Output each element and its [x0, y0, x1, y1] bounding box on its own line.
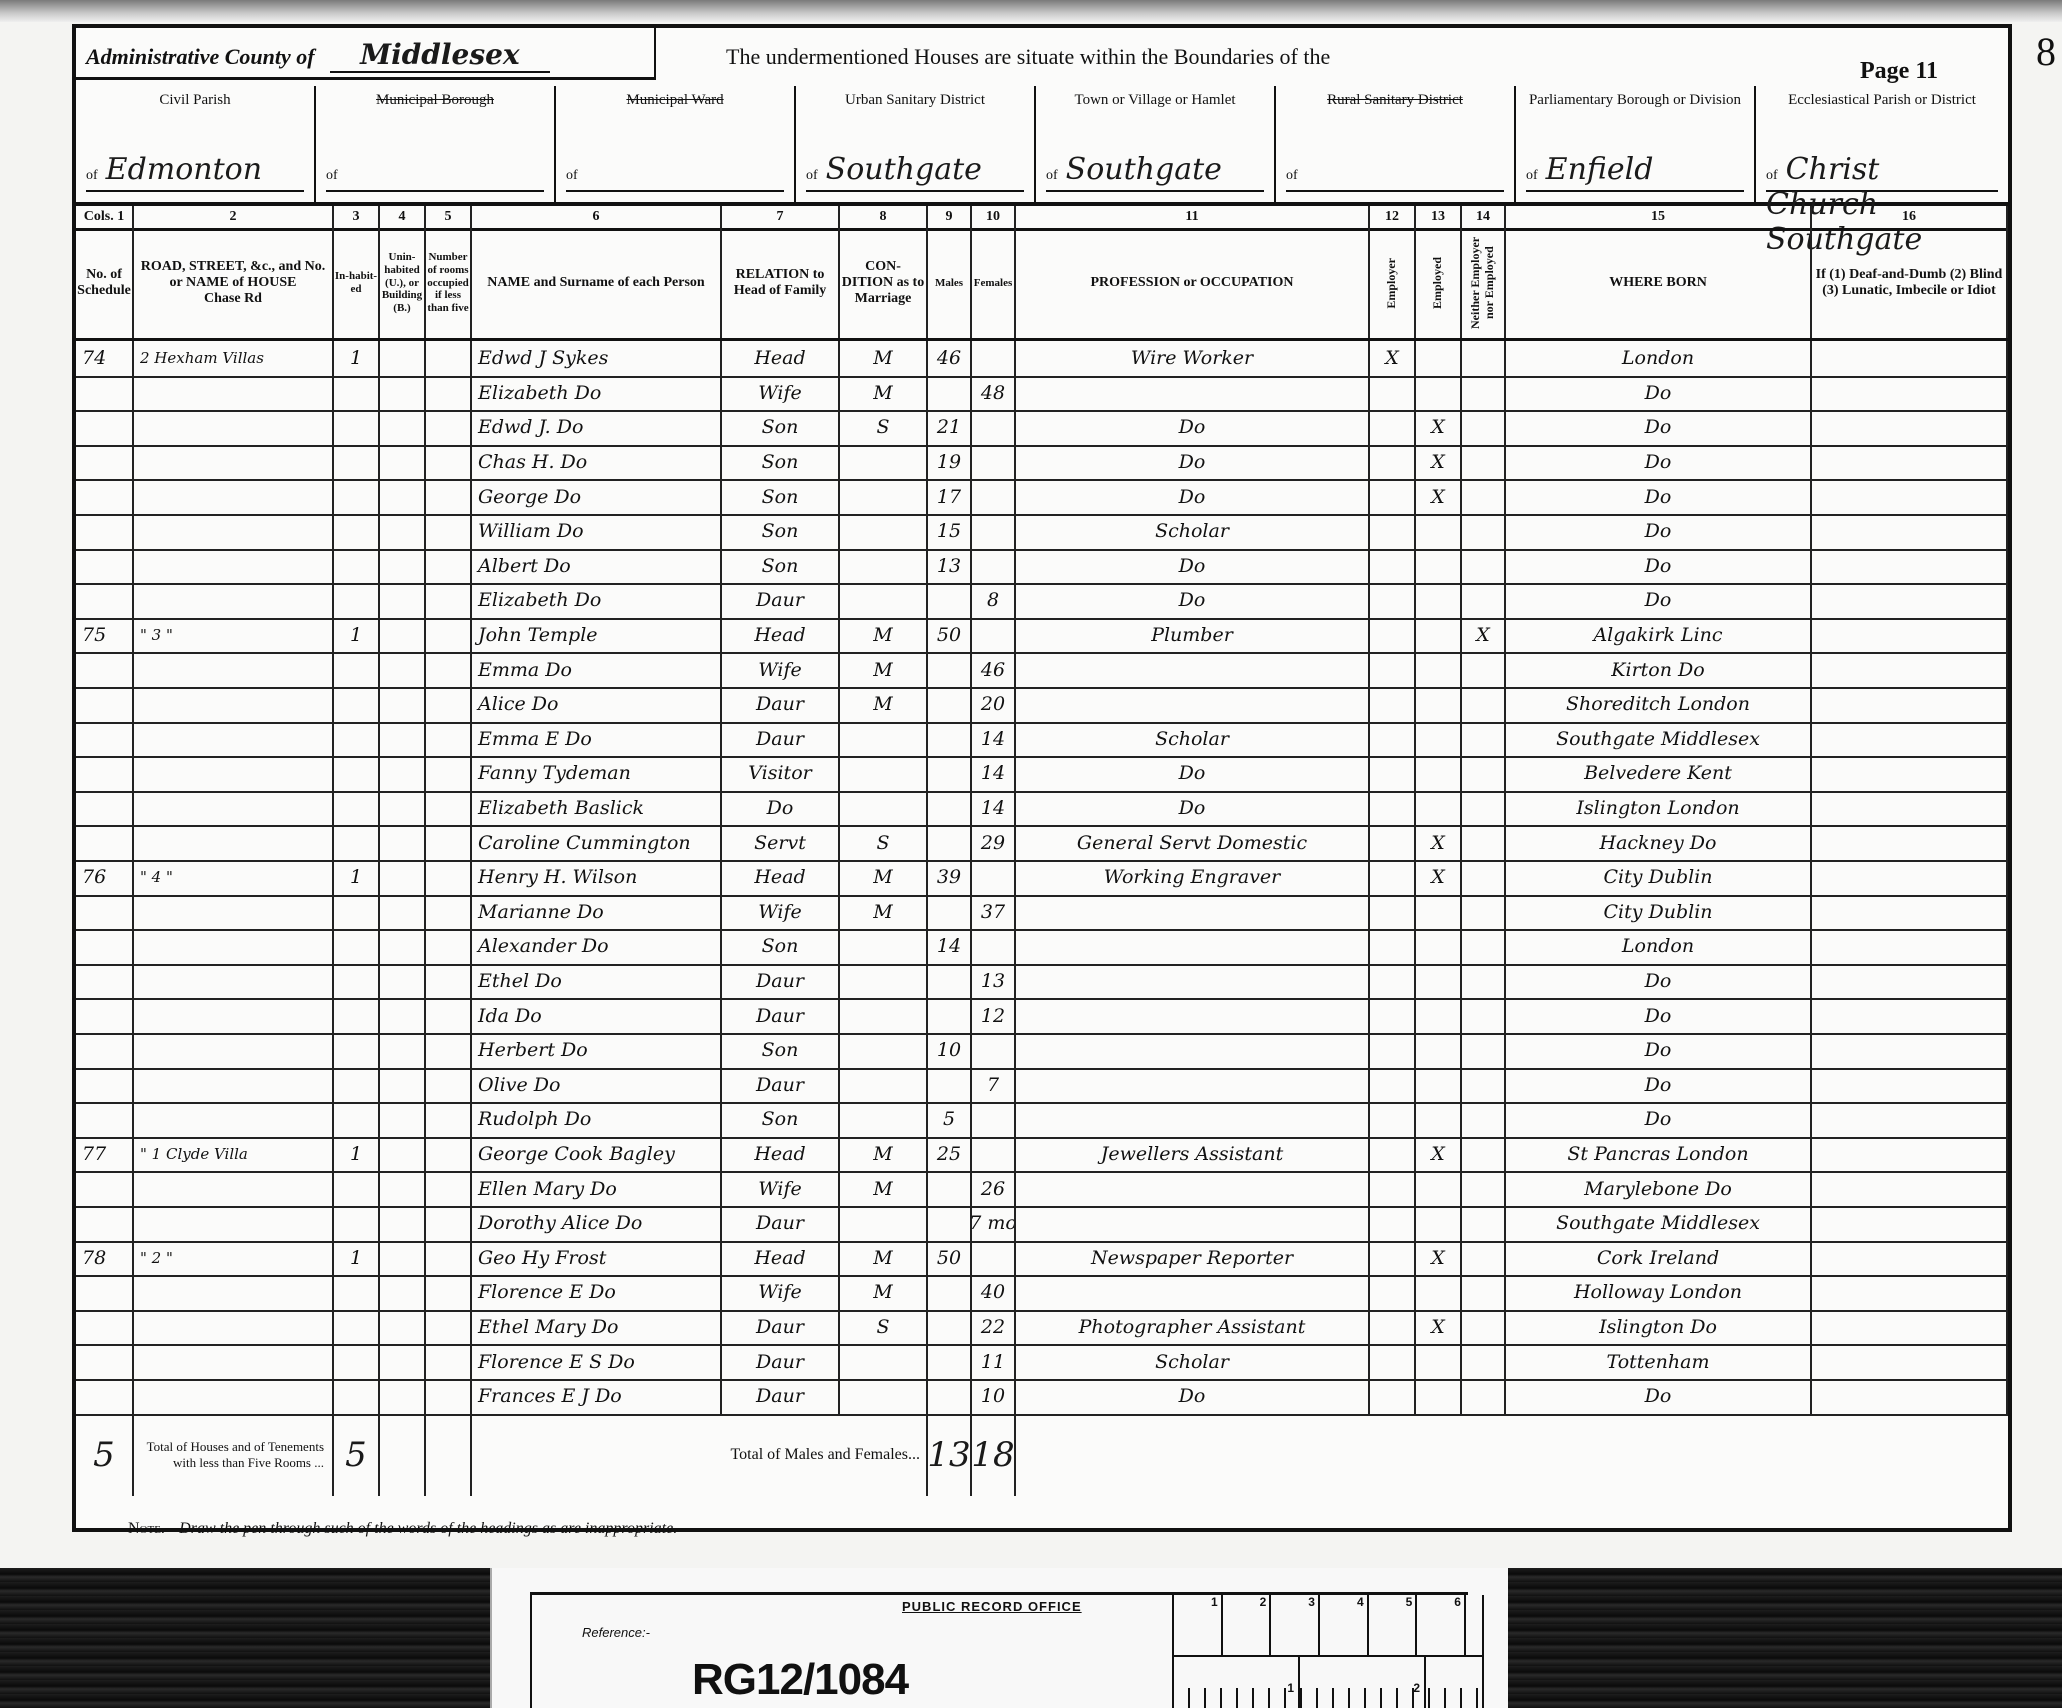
cell-employer: [1370, 1206, 1416, 1241]
cell-condition: [840, 722, 928, 757]
houses-total-label: Total of Houses and of Tenements with le…: [134, 1414, 334, 1496]
cell-condition: [840, 929, 928, 964]
cell-address: " 4 ": [134, 860, 334, 895]
cell-employed: [1416, 687, 1462, 722]
district-value-line: ofSouthgate: [806, 152, 1024, 192]
cell-uninhabited: [380, 618, 426, 653]
cell-uninhabited: [380, 514, 426, 549]
table-row: Florence E DoWifeM40Holloway London: [76, 1275, 2008, 1312]
cell-inhabited: [334, 998, 380, 1033]
cell-inhabited: 1: [334, 1137, 380, 1172]
cell-employed: [1416, 722, 1462, 757]
cell-uninhabited: [380, 1171, 426, 1206]
cell-name: Henry H. Wilson: [472, 860, 722, 895]
cell-name: Herbert Do: [472, 1033, 722, 1068]
district-value: Southgate: [826, 152, 982, 187]
cell-name: Marianne Do: [472, 895, 722, 930]
cell-male-age: [928, 722, 972, 757]
cell-address: " 2 ": [134, 1241, 334, 1276]
cell-female-age: 20: [972, 687, 1016, 722]
cell-born: Do: [1506, 583, 1812, 618]
cell-infirm: [1812, 998, 2008, 1033]
cell-rooms: [426, 825, 472, 860]
cell-employer: [1370, 825, 1416, 860]
cell-occupation: Scholar: [1016, 514, 1370, 549]
cell-employed: X: [1416, 1241, 1462, 1276]
cell-inhabited: [334, 1206, 380, 1241]
cell-employed: [1416, 1171, 1462, 1206]
cell-name: Alice Do: [472, 687, 722, 722]
cell-address: [134, 1310, 334, 1345]
cell-infirm: [1812, 652, 2008, 687]
cell-male-age: [928, 1275, 972, 1310]
cell-neither: [1462, 895, 1506, 930]
header-text: RELATION to Head of Family: [722, 267, 838, 299]
cell-born: City Dublin: [1506, 895, 1812, 930]
cell-born: City Dublin: [1506, 860, 1812, 895]
cell-inhabited: [334, 687, 380, 722]
cell-neither: [1462, 860, 1506, 895]
header-text: Unin-habited (U.), or Building (B.): [380, 251, 424, 314]
reference-label: Reference:-: [582, 1625, 650, 1640]
cell-name: Edwd J Sykes: [472, 341, 722, 376]
header-male-age: Males: [928, 228, 972, 338]
cell-rooms: [426, 791, 472, 826]
cell-uninhabited: [380, 341, 426, 376]
cell-rooms: [426, 1137, 472, 1172]
cell-schedule: [76, 1033, 134, 1068]
cell-rooms: [426, 687, 472, 722]
cell-male-age: [928, 1206, 972, 1241]
cell-male-age: 25: [928, 1137, 972, 1172]
cell-schedule: [76, 825, 134, 860]
cell-neither: [1462, 1275, 1506, 1310]
cell-uninhabited: [380, 583, 426, 618]
ruler-cm-mark: 4: [1320, 1595, 1369, 1655]
cell-name: Ethel Mary Do: [472, 1310, 722, 1345]
cell-male-age: 15: [928, 514, 972, 549]
cell-rooms: [426, 652, 472, 687]
district-value: Enfield: [1546, 152, 1654, 187]
cell-infirm: [1812, 376, 2008, 411]
cell-rooms: [426, 1068, 472, 1103]
cell-address: [134, 722, 334, 757]
cell-employer: [1370, 549, 1416, 584]
cell-relation: Daur: [722, 1068, 840, 1103]
cell-male-age: 13: [928, 549, 972, 584]
admin-county-value: Middlesex: [330, 38, 550, 73]
cell-infirm: [1812, 583, 2008, 618]
cell-uninhabited: [380, 1068, 426, 1103]
cell-occupation: Jewellers Assistant: [1016, 1137, 1370, 1172]
table-row: Emma E DoDaur14ScholarSouthgate Middlese…: [76, 722, 2008, 759]
header-text: In-habit-ed: [334, 270, 378, 295]
of-label: of: [1766, 168, 1778, 183]
cell-female-age: 14: [972, 756, 1016, 791]
cell-inhabited: [334, 1379, 380, 1414]
cell-neither: [1462, 1344, 1506, 1379]
cell-condition: [840, 1102, 928, 1137]
cell-schedule: [76, 1344, 134, 1379]
cell-employed: [1416, 895, 1462, 930]
cell-condition: M: [840, 687, 928, 722]
cell-female-age: [972, 514, 1016, 549]
header-text: WHERE BORN: [1609, 275, 1707, 291]
cell-condition: [840, 479, 928, 514]
cell-occupation: Do: [1016, 445, 1370, 480]
district-value: Edmonton: [106, 152, 262, 187]
cell-employed: X: [1416, 860, 1462, 895]
cell-rooms: [426, 929, 472, 964]
district-field: Urban Sanitary DistrictofSouthgate: [796, 86, 1036, 202]
header-female-age: Females: [972, 228, 1016, 338]
cell-occupation: Do: [1016, 549, 1370, 584]
column-number: 4: [380, 206, 426, 228]
cell-address: [134, 1102, 334, 1137]
cell-born: Holloway London: [1506, 1275, 1812, 1310]
cell-employer: [1370, 1137, 1416, 1172]
cell-female-age: [972, 1102, 1016, 1137]
males-females-label: Total of Males and Females...: [472, 1414, 928, 1496]
cell-male-age: 17: [928, 479, 972, 514]
cell-address: [134, 1033, 334, 1068]
cell-condition: M: [840, 895, 928, 930]
cell-neither: [1462, 1171, 1506, 1206]
cell-female-age: 48: [972, 376, 1016, 411]
cell-employer: [1370, 652, 1416, 687]
cell-occupation: [1016, 1033, 1370, 1068]
cell-born: Do: [1506, 1033, 1812, 1068]
cell-condition: M: [840, 860, 928, 895]
cell-relation: Head: [722, 1241, 840, 1276]
cell-relation: Head: [722, 618, 840, 653]
cell-relation: Son: [722, 929, 840, 964]
cell-employed: [1416, 583, 1462, 618]
table-row: Elizabeth BaslickDo14DoIslington London: [76, 791, 2008, 828]
cell-neither: [1462, 756, 1506, 791]
cell-uninhabited: [380, 998, 426, 1033]
cell-condition: [840, 1068, 928, 1103]
cell-born: Do: [1506, 549, 1812, 584]
cell-address: [134, 376, 334, 411]
cell-condition: [840, 549, 928, 584]
cell-female-age: [972, 929, 1016, 964]
cell-neither: [1462, 964, 1506, 999]
cell-name: William Do: [472, 514, 722, 549]
cell-female-age: 14: [972, 791, 1016, 826]
cell-employer: [1370, 1068, 1416, 1103]
totals-blank: [1016, 1414, 2008, 1496]
header-text: PROFESSION or OCCUPATION: [1090, 275, 1293, 291]
header-text: Employer: [1385, 258, 1399, 309]
cell-male-age: [928, 1310, 972, 1345]
cell-infirm: [1812, 722, 2008, 757]
cell-male-age: [928, 1379, 972, 1414]
cell-born: Do: [1506, 514, 1812, 549]
header-uninhabited: Unin-habited (U.), or Building (B.): [380, 228, 426, 338]
cell-employer: [1370, 479, 1416, 514]
cell-neither: [1462, 1379, 1506, 1414]
table-row: 78" 2 "1Geo Hy FrostHeadM50Newspaper Rep…: [76, 1241, 2008, 1278]
cell-rooms: [426, 341, 472, 376]
cell-schedule: [76, 1206, 134, 1241]
cell-name: Emma Do: [472, 652, 722, 687]
cell-male-age: [928, 998, 972, 1033]
cell-rooms: [426, 1310, 472, 1345]
cell-schedule: [76, 1310, 134, 1345]
cell-occupation: Do: [1016, 410, 1370, 445]
cell-condition: M: [840, 618, 928, 653]
cell-uninhabited: [380, 929, 426, 964]
cell-name: Ida Do: [472, 998, 722, 1033]
district-value-line: ofEnfield: [1526, 152, 1744, 192]
cell-employed: [1416, 756, 1462, 791]
district-field: Municipal Boroughof: [316, 86, 556, 202]
cell-neither: X: [1462, 618, 1506, 653]
cell-male-age: [928, 1344, 972, 1379]
cell-address: [134, 687, 334, 722]
cell-name: Dorothy Alice Do: [472, 1206, 722, 1241]
cell-condition: [840, 998, 928, 1033]
cell-infirm: [1812, 1137, 2008, 1172]
header-name: NAME and Surname of each Person: [472, 228, 722, 338]
cell-rooms: [426, 514, 472, 549]
cell-male-age: 39: [928, 860, 972, 895]
cell-born: Do: [1506, 410, 1812, 445]
cell-name: Ethel Do: [472, 964, 722, 999]
cell-employer: [1370, 687, 1416, 722]
cell-name: Fanny Tydeman: [472, 756, 722, 791]
header-occupation: PROFESSION or OCCUPATION: [1016, 228, 1370, 338]
cell-address: [134, 1068, 334, 1103]
cell-schedule: 75: [76, 618, 134, 653]
footnote-lead: Note.: [128, 1520, 165, 1537]
cell-inhabited: 1: [334, 860, 380, 895]
district-field: Ecclesiastical Parish or DistrictofChris…: [1756, 86, 2008, 202]
cell-employed: [1416, 964, 1462, 999]
cell-occupation: Do: [1016, 583, 1370, 618]
cell-occupation: Do: [1016, 756, 1370, 791]
cell-occupation: [1016, 895, 1370, 930]
header-text: Females: [974, 277, 1012, 290]
table-row: Frances E J DoDaur10DoDo: [76, 1379, 2008, 1416]
reference-number: RG12/1084: [692, 1655, 908, 1705]
cell-employed: X: [1416, 445, 1462, 480]
cell-infirm: [1812, 341, 2008, 376]
corner-folio-mark: 8: [2036, 28, 2056, 75]
cell-address: [134, 583, 334, 618]
cell-condition: [840, 1344, 928, 1379]
cell-born: Do: [1506, 964, 1812, 999]
cell-born: Southgate Middlesex: [1506, 1206, 1812, 1241]
cell-employer: [1370, 722, 1416, 757]
scan-edge: [0, 0, 2062, 22]
cell-schedule: [76, 376, 134, 411]
cell-infirm: [1812, 756, 2008, 791]
cell-inhabited: [334, 376, 380, 411]
cell-neither: [1462, 341, 1506, 376]
record-office-card: PUBLIC RECORD OFFICE Reference:- RG12/10…: [490, 1568, 1508, 1708]
cell-female-age: 14: [972, 722, 1016, 757]
cell-address: [134, 825, 334, 860]
cell-occupation: [1016, 652, 1370, 687]
table-row: Ethel DoDaur13Do: [76, 964, 2008, 1001]
cell-male-age: 21: [928, 410, 972, 445]
header-employer: Employer: [1370, 228, 1416, 338]
cell-employed: [1416, 618, 1462, 653]
cell-male-age: 50: [928, 618, 972, 653]
table-row: Fanny TydemanVisitor14DoBelvedere Kent: [76, 756, 2008, 793]
cell-female-age: 10: [972, 1379, 1016, 1414]
cell-female-age: [972, 1033, 1016, 1068]
column-header-row: No. of ScheduleROAD, STREET, &c., and No…: [76, 228, 2008, 341]
table-row: Chas H. DoSon19DoXDo: [76, 445, 2008, 482]
cell-neither: [1462, 929, 1506, 964]
column-number: 9: [928, 206, 972, 228]
cell-male-age: 14: [928, 929, 972, 964]
cell-relation: Son: [722, 1102, 840, 1137]
cell-born: Do: [1506, 1068, 1812, 1103]
cell-name: George Cook Bagley: [472, 1137, 722, 1172]
header-relation: RELATION to Head of Family: [722, 228, 840, 338]
header-employed: Employed: [1416, 228, 1462, 338]
cell-address: [134, 1344, 334, 1379]
column-number: 8: [840, 206, 928, 228]
cell-born: Do: [1506, 998, 1812, 1033]
cell-male-age: 10: [928, 1033, 972, 1068]
cell-condition: M: [840, 1241, 928, 1276]
cell-schedule: 78: [76, 1241, 134, 1276]
cell-uninhabited: [380, 1344, 426, 1379]
cell-uninhabited: [380, 410, 426, 445]
district-label: Ecclesiastical Parish or District: [1756, 92, 2008, 109]
cell-schedule: [76, 583, 134, 618]
cell-female-age: [972, 618, 1016, 653]
cell-schedule: [76, 652, 134, 687]
cell-uninhabited: [380, 1310, 426, 1345]
cell-schedule: [76, 791, 134, 826]
cell-employed: [1416, 998, 1462, 1033]
cell-male-age: [928, 791, 972, 826]
header-text: Neither Employer nor Employed: [1469, 228, 1497, 338]
cell-neither: [1462, 583, 1506, 618]
cell-condition: [840, 445, 928, 480]
cell-employer: [1370, 1379, 1416, 1414]
cell-occupation: Do: [1016, 1379, 1370, 1414]
cell-female-age: 13: [972, 964, 1016, 999]
district-field: Rural Sanitary Districtof: [1276, 86, 1516, 202]
column-number: 7: [722, 206, 840, 228]
cell-inhabited: [334, 410, 380, 445]
cell-relation: Daur: [722, 1379, 840, 1414]
header-neither: Neither Employer nor Employed: [1462, 228, 1506, 338]
cell-neither: [1462, 410, 1506, 445]
cell-employer: [1370, 895, 1416, 930]
cell-infirm: [1812, 825, 2008, 860]
district-label: Municipal Borough: [316, 92, 554, 109]
cell-schedule: [76, 687, 134, 722]
table-row: Marianne DoWifeM37City Dublin: [76, 895, 2008, 932]
cell-occupation: [1016, 1102, 1370, 1137]
table-row: Ethel Mary DoDaurS22Photographer Assista…: [76, 1310, 2008, 1347]
column-number: 16: [1812, 206, 2008, 228]
table-row: George DoSon17DoXDo: [76, 479, 2008, 516]
cell-born: St Pancras London: [1506, 1137, 1812, 1172]
cell-inhabited: [334, 445, 380, 480]
cell-employer: [1370, 1344, 1416, 1379]
cell-neither: [1462, 479, 1506, 514]
cell-address: [134, 1275, 334, 1310]
cell-condition: M: [840, 1275, 928, 1310]
cell-occupation: Photographer Assistant: [1016, 1310, 1370, 1345]
cell-name: Florence E S Do: [472, 1344, 722, 1379]
cell-rooms: [426, 964, 472, 999]
males-total: 13: [928, 1414, 972, 1496]
district-label: Parliamentary Borough or Division: [1516, 92, 1754, 109]
cell-uninhabited: [380, 1033, 426, 1068]
cell-employer: [1370, 756, 1416, 791]
cell-schedule: 76: [76, 860, 134, 895]
cell-address: [134, 410, 334, 445]
cell-address: [134, 549, 334, 584]
cell-rooms: [426, 1241, 472, 1276]
table-row: 742 Hexham Villas1Edwd J SykesHeadM46Wir…: [76, 341, 2008, 378]
cell-born: Islington Do: [1506, 1310, 1812, 1345]
cell-inhabited: [334, 825, 380, 860]
cell-male-age: [928, 1171, 972, 1206]
header-text: ROAD, STREET, &c., and No. or NAME of HO…: [134, 259, 332, 307]
ruler-cm-mark: 5: [1369, 1595, 1418, 1655]
cell-infirm: [1812, 860, 2008, 895]
cell-relation: Visitor: [722, 756, 840, 791]
cell-female-age: 46: [972, 652, 1016, 687]
cell-name: George Do: [472, 479, 722, 514]
of-label: of: [326, 168, 338, 183]
cell-employer: [1370, 791, 1416, 826]
header-address: ROAD, STREET, &c., and No. or NAME of HO…: [134, 228, 334, 338]
cell-inhabited: [334, 895, 380, 930]
district-value: Southgate: [1066, 152, 1222, 187]
cell-rooms: [426, 1206, 472, 1241]
cell-address: [134, 1379, 334, 1414]
record-office-frame: PUBLIC RECORD OFFICE Reference:- RG12/10…: [530, 1592, 1468, 1708]
district-value-line: ofSouthgate: [1046, 152, 1264, 192]
cell-inhabited: [334, 514, 380, 549]
cell-relation: Daur: [722, 1310, 840, 1345]
cell-schedule: [76, 1068, 134, 1103]
cell-inhabited: [334, 1033, 380, 1068]
cell-female-age: 12: [972, 998, 1016, 1033]
cell-occupation: [1016, 1206, 1370, 1241]
cell-employer: [1370, 929, 1416, 964]
cell-relation: Son: [722, 410, 840, 445]
cell-employer: [1370, 1241, 1416, 1276]
cell-neither: [1462, 514, 1506, 549]
cell-rooms: [426, 1033, 472, 1068]
table-row: Alexander DoSon14London: [76, 929, 2008, 966]
cell-employer: [1370, 1310, 1416, 1345]
ruler-cm: 123456: [1174, 1595, 1482, 1657]
cell-schedule: [76, 929, 134, 964]
cell-schedule: [76, 964, 134, 999]
cell-occupation: [1016, 929, 1370, 964]
cell-uninhabited: [380, 652, 426, 687]
column-number: 5: [426, 206, 472, 228]
header-text: If (1) Deaf-and-Dumb (2) Blind (3) Lunat…: [1812, 267, 2006, 299]
cell-occupation: [1016, 376, 1370, 411]
cell-employed: [1416, 341, 1462, 376]
cell-schedule: [76, 722, 134, 757]
